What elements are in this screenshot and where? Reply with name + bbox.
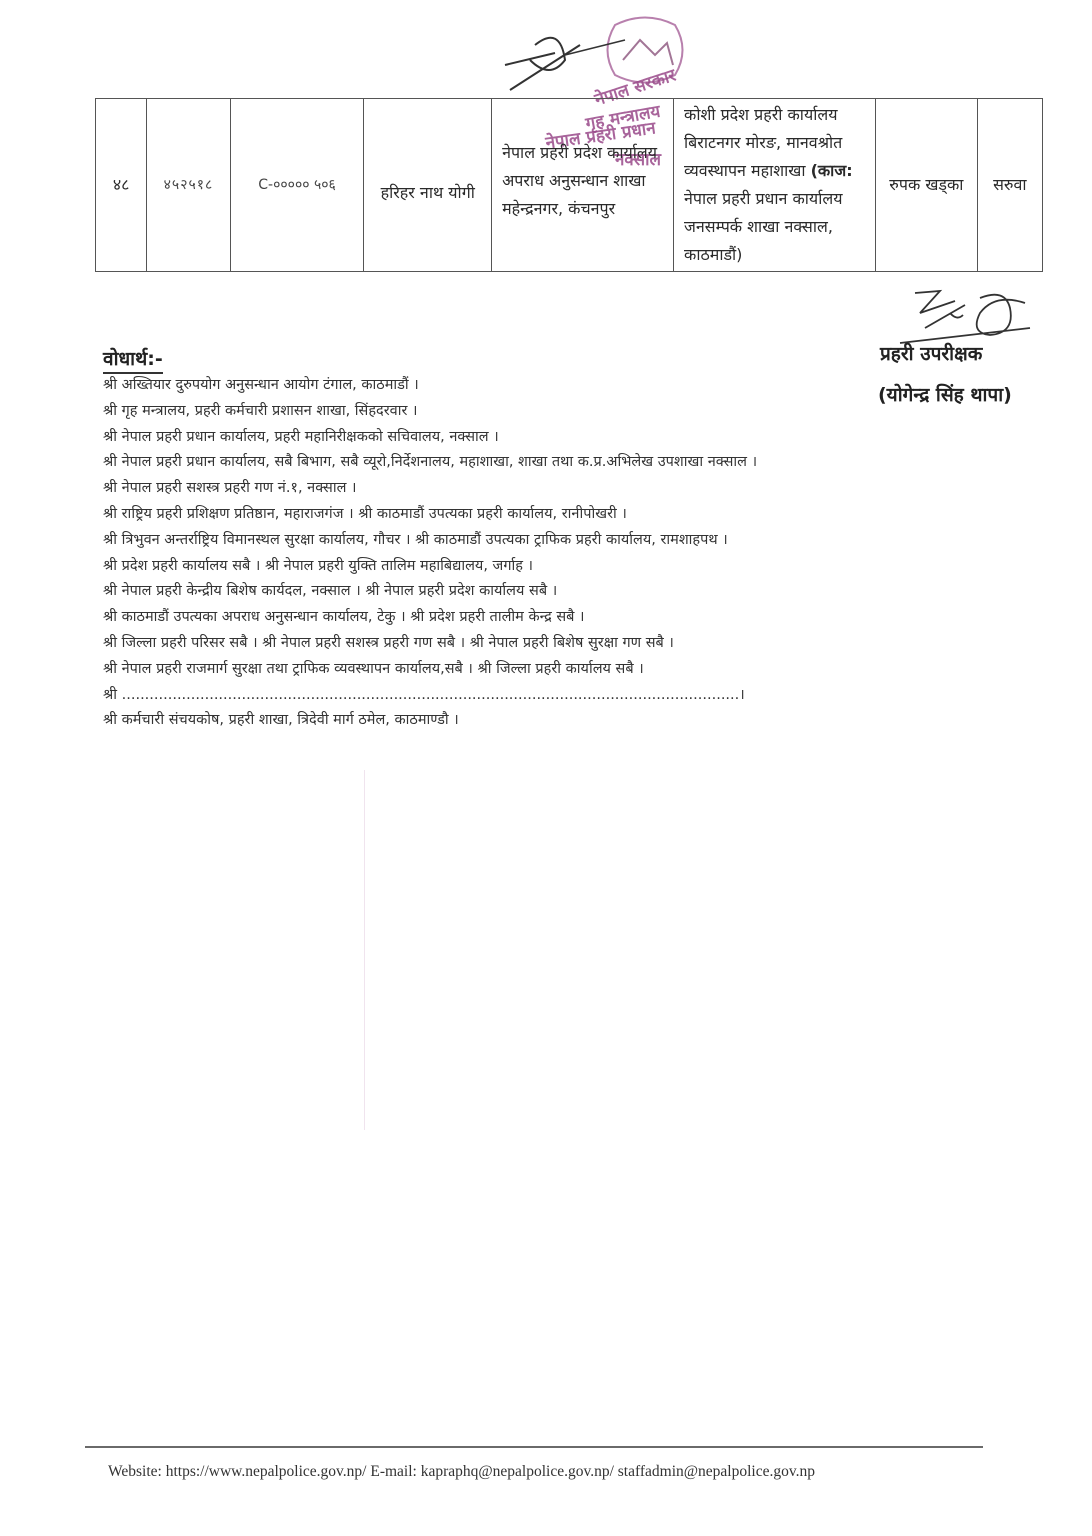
list-item: श्री अख्तियार दुरुपयोग अनुसन्धान आयोग टं… (103, 373, 923, 399)
signatory-title: प्रहरी उपरीक्षक (880, 340, 982, 366)
cc-list: श्री अख्तियार दुरुपयोग अनुसन्धान आयोग टं… (103, 373, 923, 734)
name-cell: हरिहर नाथ योगी (364, 99, 492, 272)
transfer-table: ४८ ४५२५१८ C-००००० ५०६ हरिहर नाथ योगी नेप… (95, 98, 1043, 272)
kaaj-label: (काज: (811, 161, 853, 180)
code-cell: C-००००० ५०६ (230, 99, 364, 272)
list-item: श्री नेपाल प्रहरी प्रधान कार्यालय, सबै ब… (103, 450, 923, 476)
list-item: श्री नेपाल प्रहरी प्रधान कार्यालय, प्रहर… (103, 425, 923, 451)
serial-cell: ४८ (96, 99, 147, 272)
id-number-cell: ४५२५१८ (147, 99, 230, 272)
scan-artifact-line (364, 770, 365, 1130)
table-row: ४८ ४५२५१८ C-००००० ५०६ हरिहर नाथ योगी नेप… (96, 99, 1043, 272)
authorized-by-cell: रुपक खड्का (876, 99, 978, 272)
list-item: श्री त्रिभुवन अन्तर्राष्ट्रिय विमानस्थल … (103, 528, 923, 554)
list-item: श्री प्रदेश प्रहरी कार्यालय सबै । श्री न… (103, 554, 923, 580)
list-item: श्री गृह मन्त्रालय, प्रहरी कर्मचारी प्रश… (103, 399, 923, 425)
list-item: श्री काठमाडौं उपत्यका अपराध अनुसन्धान का… (103, 605, 923, 631)
from-office-cell: नेपाल प्रहरी प्रदेश कार्यालय अपराध अनुसन… (492, 99, 674, 272)
list-item: श्री राष्ट्रिय प्रहरी प्रशिक्षण प्रतिष्ठ… (103, 502, 923, 528)
bodharth-heading: वोधार्थ:- (103, 345, 163, 374)
list-item: श्री नेपाल प्रहरी सशस्त्र प्रहरी गण नं.१… (103, 476, 923, 502)
list-item: श्री कर्मचारी संचयकोष, प्रहरी शाखा, त्रि… (103, 708, 923, 734)
list-item: श्री नेपाल प्रहरी राजमार्ग सुरक्षा तथा ट… (103, 657, 923, 683)
footer-contact: Website: https://www.nepalpolice.gov.np/… (108, 1463, 815, 1481)
transfer-type-cell: सरुवा (977, 99, 1042, 272)
list-item: श्री जिल्ला प्रहरी परिसर सबै । श्री नेपा… (103, 631, 923, 657)
kaaj-office-text: नेपाल प्रहरी प्रधान कार्यालय जनसम्पर्क श… (684, 189, 842, 264)
to-office-cell: कोशी प्रदेश प्रहरी कार्यालय बिराटनगर मोर… (674, 99, 876, 272)
footer-divider (85, 1446, 983, 1448)
list-item: श्री ...................................… (103, 683, 923, 709)
list-item: श्री नेपाल प्रहरी केन्द्रीय बिशेष कार्यद… (103, 579, 923, 605)
